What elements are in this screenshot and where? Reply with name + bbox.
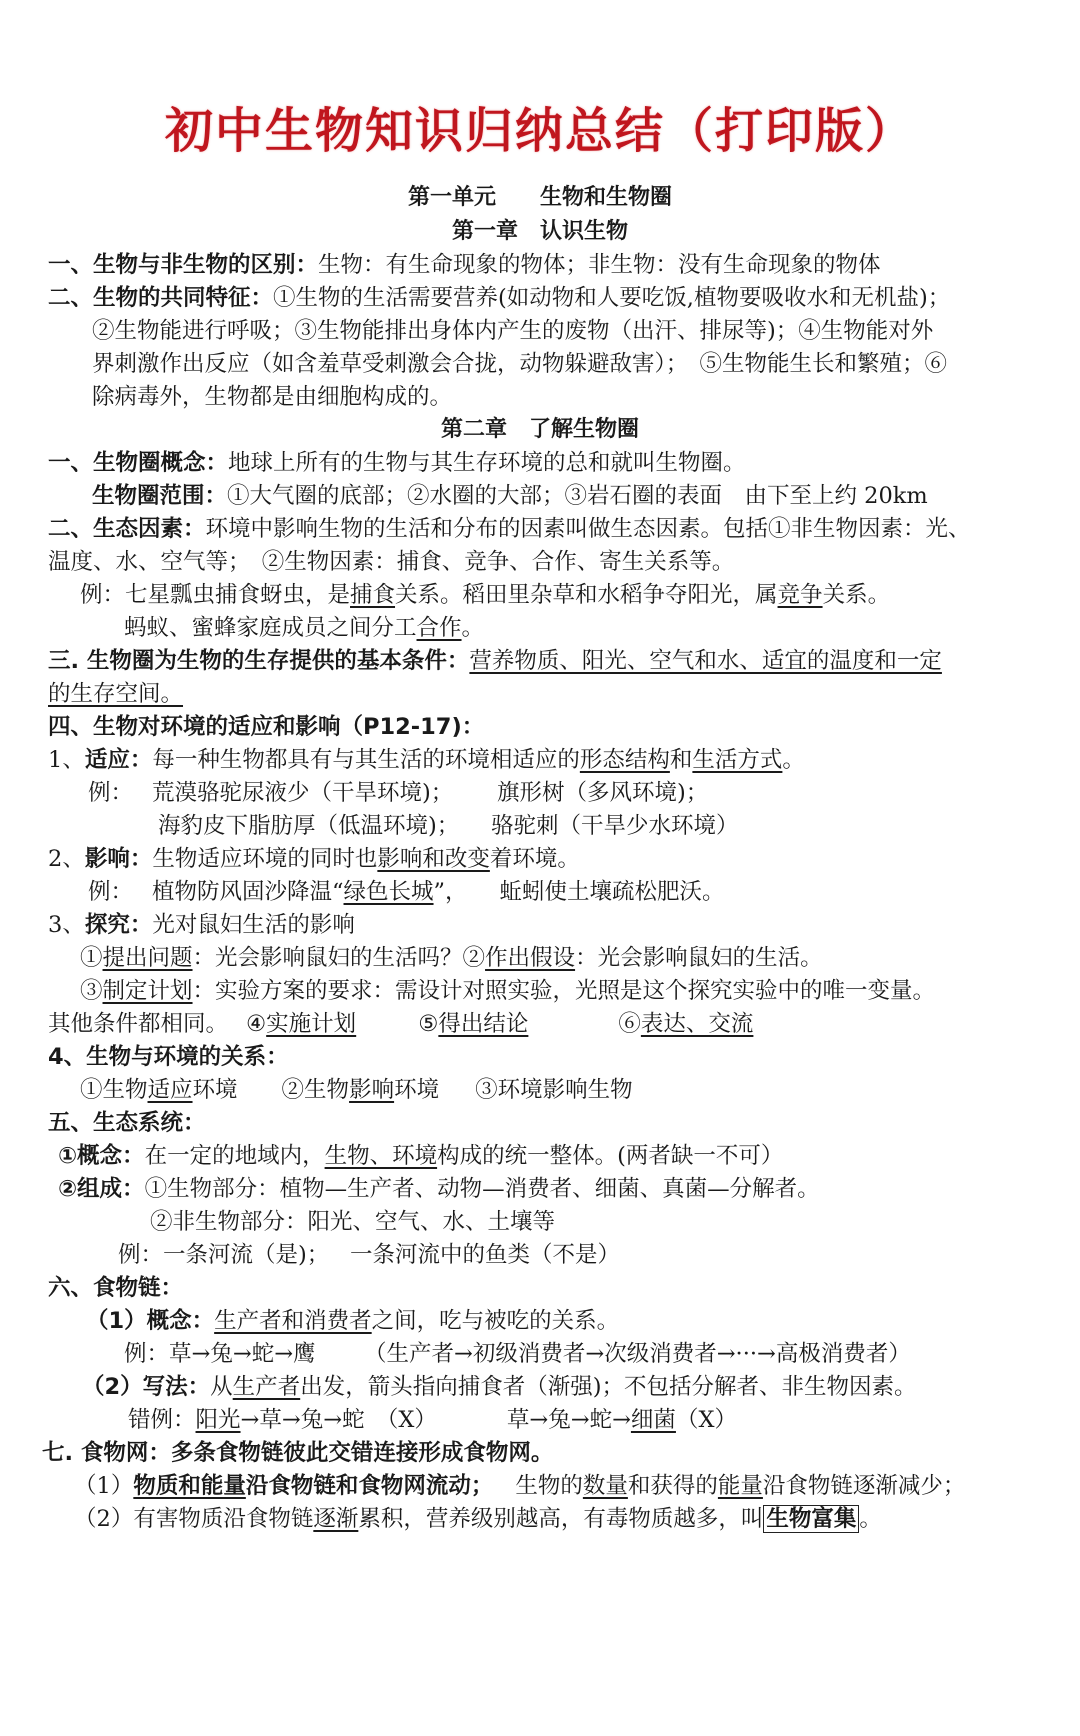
text: ①生物部分：植物—生产者、动物—消费者、细菌、真菌—分解者。 — [145, 1176, 820, 1202]
explore-step-line: ③制定计划：实验方案的要求：需设计对照实验，光照是这个探究实验中的唯一变量。 — [80, 975, 935, 1007]
food-web-point-1: （1）物质和能量沿食物链和食物网流动；生物的数量和获得的能量沿食物链逐渐减少； — [74, 1470, 965, 1502]
food-chain-concept: （1）概念：生产者和消费者之间，吃与被吃的关系。 — [86, 1305, 619, 1337]
text: 草→兔→蛇→ — [507, 1407, 631, 1433]
adaptation-line: 1、适应：每一种生物都具有与其生活的环境相适应的形态结构和生活方式。 — [48, 744, 805, 776]
text: 沿食物链和食物网流动； — [246, 1470, 494, 1502]
text: ：实验方案的要求：需设计对照实验，光照是这个探究实验中的唯一变量。 — [193, 978, 936, 1004]
unit-heading: 第一单元 生物和生物圈 — [0, 182, 1080, 214]
text: 关系。稻田里杂草和水稻争夺阳光，属 — [395, 582, 778, 608]
underlined-term: 数量 — [583, 1473, 628, 1499]
ecosystem-composition: ②组成：①生物部分：植物—生产者、动物—消费者、细菌、真菌—分解者。 — [58, 1173, 820, 1205]
food-web-point-2: （2）有害物质沿食物链逐渐累积，营养级别越高，有毒物质越多，叫生物富集。 — [74, 1503, 882, 1535]
text: ③环境影响生物 — [475, 1077, 633, 1103]
example-line: 例：草→兔→蛇→鹰（生产者→初级消费者→次级消费者→···→高极消费者） — [124, 1338, 911, 1370]
section-ecosystem-heading: 五、生态系统： — [48, 1107, 206, 1139]
text: 蚯蚓使土壤疏松肥沃。 — [500, 879, 725, 905]
text: （2）有害物质沿食物链 — [74, 1506, 313, 1532]
section-common-traits: 二、生物的共同特征：①生物的生活需要营养(如动物和人要吃饭,植物要吸收水和无机盐… — [48, 282, 950, 314]
explore-line: 3、探究：光对鼠妇生活的影响 — [48, 909, 355, 941]
example-line: 海豹皮下脂肪厚（低温环境)；骆驼刺（干旱少水环境） — [158, 810, 739, 842]
underlined-term: 表达、交流 — [641, 1011, 754, 1037]
text: （X） — [676, 1407, 737, 1433]
text: （1） — [74, 1473, 133, 1499]
item-label: ②组成： — [58, 1176, 145, 1202]
section-basic-conditions: 三. 生物圈为生物的生存提供的基本条件：营养物质、阳光、空气和水、适宜的温度和一… — [48, 645, 942, 677]
text: 光对鼠妇生活的影响 — [152, 912, 355, 938]
text: →草→兔→蛇 （X） — [241, 1404, 437, 1436]
section-label: 二、生态因素： — [48, 516, 206, 542]
text: 例：一条河流（是)； — [118, 1239, 350, 1271]
section-label: 三. 生物圈为生物的生存提供的基本条件： — [48, 648, 469, 674]
text: ”， — [434, 876, 500, 908]
section-food-chain-heading: 六、食物链： — [48, 1272, 183, 1304]
text-line: 除病毒外，生物都是由细胞构成的。 — [92, 381, 452, 413]
underlined-term: 作出假设 — [485, 945, 575, 971]
text: 其他条件都相同。 — [48, 1008, 246, 1040]
text: 植物防风固沙降温“ — [152, 879, 344, 905]
section-food-web-heading: 七. 食物网：多条食物链彼此交错连接形成食物网。 — [42, 1437, 553, 1469]
text: 骆驼刺（干旱少水环境） — [491, 813, 739, 839]
text: 错例： — [128, 1407, 196, 1433]
text: 。 — [859, 1506, 882, 1532]
example-line: 例：荒漠骆驼尿液少（干旱环境)；旗形树（多风环境)； — [88, 777, 708, 809]
underlined-term: 竞争 — [778, 582, 823, 608]
text: 出发，箭头指向捕食者（渐强)；不包括分解者、非生物因素。 — [300, 1374, 916, 1400]
text: 例：草→兔→蛇→鹰 — [124, 1338, 364, 1370]
underlined-term: 的生存空间。 — [48, 681, 183, 707]
text: 在一定的地域内， — [145, 1143, 325, 1169]
item-label: （2）写法： — [82, 1374, 210, 1400]
section-ecological-factors: 二、生态因素：环境中影响生物的生活和分布的因素叫做生态因素。包括①非生物因素：光… — [48, 513, 971, 545]
example-prefix: 例： — [88, 777, 152, 809]
text-line: ②非生物部分：阳光、空气、水、土壤等 — [150, 1206, 555, 1238]
underlined-term: 影响和改变 — [377, 846, 490, 872]
text: （生产者→初级消费者→次级消费者→···→高极消费者） — [364, 1341, 911, 1367]
relation-heading: 4、生物与环境的关系： — [48, 1041, 289, 1073]
relation-line: ①生物适应环境②生物影响环境③环境影响生物 — [80, 1074, 633, 1106]
text: ②生物 — [282, 1077, 350, 1103]
text: ：光会影响鼠妇的生活吗？② — [193, 945, 486, 971]
text: 蚂蚁、蜜蜂家庭成员之间分工 — [124, 615, 417, 641]
underlined-term: 影响 — [349, 1077, 394, 1103]
section-adaptation-heading: 四、生物对环境的适应和影响（P12-17)： — [48, 711, 484, 743]
section-biosphere-range: 生物圈范围：①大气圈的底部；②水圈的大部；③岩石圈的表面 由下至上约 20km — [92, 480, 928, 512]
text: ：光会影响鼠妇的生活。 — [575, 945, 823, 971]
section-text: 环境中影响生物的生活和分布的因素叫做生态因素。包括①非生物因素：光、 — [206, 516, 971, 542]
text: 荒漠骆驼尿液少（干旱环境)； — [152, 777, 497, 809]
underlined-term: 形态结构 — [580, 747, 670, 773]
section-living-vs-nonliving: 一、生物与非生物的区别：生物：有生命现象的物体；非生物：没有生命现象的物体 — [48, 249, 881, 281]
text: 累积，营养级别越高，有毒物质越多，叫 — [358, 1506, 763, 1532]
chapter-2-heading: 第二章 了解生物圈 — [0, 414, 1080, 446]
text: 关系。 — [823, 582, 891, 608]
underlined-term: 生产者 — [233, 1374, 301, 1400]
text-line: 的生存空间。 — [48, 678, 183, 710]
food-chain-writing: （2）写法：从生产者出发，箭头指向捕食者（渐强)；不包括分解者、非生物因素。 — [82, 1371, 916, 1403]
section-label: 一、生物圈概念： — [48, 450, 228, 476]
section-text: 生物：有生命现象的物体；非生物：没有生命现象的物体 — [318, 252, 881, 278]
section-label: 生物圈范围： — [92, 483, 227, 509]
text: 和获得的 — [628, 1473, 718, 1499]
underlined-term: 生物、环境 — [325, 1143, 438, 1169]
underlined-term: 营养物质、阳光、空气和水、适宜的温度和一定 — [469, 648, 942, 674]
underlined-term: 能量 — [718, 1473, 763, 1499]
explore-step-line: ①提出问题：光会影响鼠妇的生活吗？②作出假设：光会影响鼠妇的生活。 — [80, 942, 823, 974]
text: 。 — [462, 615, 485, 641]
text: ③ — [80, 978, 103, 1004]
item-number: 2、 — [48, 846, 85, 872]
item-label: 探究： — [85, 912, 153, 938]
item-label: ①概念： — [58, 1143, 145, 1169]
wrong-example-line: 错例：阳光→草→兔→蛇 （X）草→兔→蛇→细菌（X） — [128, 1404, 737, 1436]
chapter-1-heading: 第一章 认识生物 — [0, 216, 1080, 248]
text: ⑤ — [418, 1011, 438, 1037]
influence-line: 2、影响：生物适应环境的同时也影响和改变着环境。 — [48, 843, 580, 875]
example-line: 蚂蚁、蜜蜂家庭成员之间分工合作。 — [124, 612, 484, 644]
text: ① — [80, 945, 103, 971]
section-text: 地球上所有的生物与其生存环境的总和就叫生物圈。 — [228, 450, 746, 476]
text: 之间，吃与被吃的关系。 — [372, 1308, 620, 1334]
text: 着环境。 — [490, 846, 580, 872]
item-number: 1、 — [48, 747, 85, 773]
underlined-term: 绿色长城 — [344, 879, 434, 905]
section-label: 一、生物与非生物的区别： — [48, 252, 318, 278]
text: ④ — [246, 1011, 266, 1037]
underlined-term: 合作 — [417, 615, 462, 641]
item-label: （1）概念： — [86, 1308, 214, 1334]
section-text: ①大气圈的底部；②水圈的大部；③岩石圈的表面 由下至上约 20km — [227, 483, 928, 509]
text: 环境 — [394, 1074, 439, 1106]
text: 海豹皮下脂肪厚（低温环境)； — [158, 810, 491, 842]
example-line: 例：一条河流（是)；一条河流中的鱼类（不是） — [118, 1239, 620, 1271]
text: 旗形树（多风环境)； — [497, 780, 708, 806]
text: 例：七星瓢虫捕食蚜虫，是 — [80, 582, 350, 608]
underlined-term: 制定计划 — [103, 978, 193, 1004]
underlined-term: 阳光 — [196, 1407, 241, 1433]
example-prefix: 例： — [88, 876, 152, 908]
text: 从 — [210, 1374, 233, 1400]
underlined-term: 生活方式 — [692, 747, 782, 773]
text: 环境 — [193, 1074, 238, 1106]
section-label: 二、生物的共同特征： — [48, 285, 273, 311]
text: 和 — [670, 747, 693, 773]
text: 构成的统一整体。(两者缺一不可） — [437, 1143, 783, 1169]
boxed-term: 生物富集 — [763, 1505, 859, 1533]
underlined-term: 生产者和消费者 — [214, 1308, 372, 1334]
text: 每一种生物都具有与其生活的环境相适应的 — [152, 747, 580, 773]
text: ①生物 — [80, 1077, 148, 1103]
item-label: 影响： — [85, 846, 153, 872]
text: 一条河流中的鱼类（不是） — [350, 1242, 620, 1268]
text-line: 界刺激作出反应（如含羞草受刺激会合拢，动物躲避敌害）； ⑤生物能生长和繁殖；⑥ — [92, 348, 947, 380]
text-line: ②生物能进行呼吸；③生物能排出身体内产生的废物（出汗、排尿等)；④生物能对外 — [92, 315, 933, 347]
item-number: 3、 — [48, 912, 85, 938]
underlined-term: 捕食 — [350, 582, 395, 608]
ecosystem-concept: ①概念：在一定的地域内，生物、环境构成的统一整体。(两者缺一不可） — [58, 1140, 783, 1172]
text: 沿食物链逐渐减少； — [763, 1473, 966, 1499]
underlined-term: 物质和能量 — [133, 1473, 246, 1499]
underlined-term: 提出问题 — [103, 945, 193, 971]
text-line: 温度、水、空气等； ②生物因素：捕食、竞争、合作、寄生关系等。 — [48, 546, 734, 578]
text: ⑥ — [618, 1011, 641, 1037]
document-title: 初中生物知识归纳总结（打印版） — [0, 92, 1080, 161]
underlined-term: 实施计划 — [266, 1008, 356, 1040]
underlined-term: 适应 — [148, 1077, 193, 1103]
underlined-term: 逐渐 — [313, 1506, 358, 1532]
text: 。 — [782, 747, 805, 773]
item-label: 适应： — [85, 747, 153, 773]
example-line: 例：植物防风固沙降温“绿色长城”，蚯蚓使土壤疏松肥沃。 — [88, 876, 725, 908]
underlined-term: 得出结论 — [438, 1008, 528, 1040]
text: 生物的 — [515, 1473, 583, 1499]
text: 生物适应环境的同时也 — [152, 846, 377, 872]
section-text: ①生物的生活需要营养(如动物和人要吃饭,植物要吸收水和无机盐)； — [273, 285, 950, 311]
underlined-term: 细菌 — [631, 1407, 676, 1433]
explore-step-line: 其他条件都相同。④实施计划⑤得出结论⑥表达、交流 — [48, 1008, 753, 1040]
section-biosphere-concept: 一、生物圈概念：地球上所有的生物与其生存环境的总和就叫生物圈。 — [48, 447, 746, 479]
example-line: 例：七星瓢虫捕食蚜虫，是捕食关系。稻田里杂草和水稻争夺阳光，属竞争关系。 — [80, 579, 890, 611]
